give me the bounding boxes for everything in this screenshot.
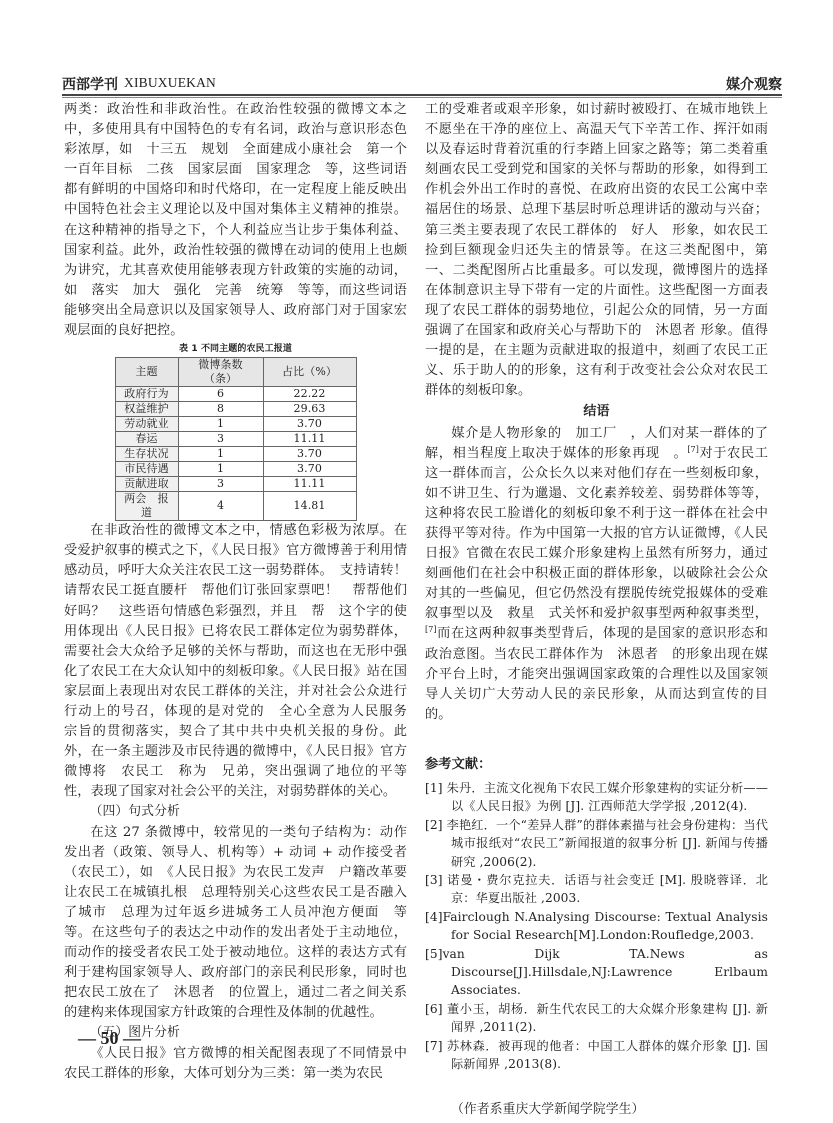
reference-item: [4]Fairclough N.Analysing Discourse: Tex… <box>425 908 768 945</box>
table-cell: 3.70 <box>263 417 356 432</box>
table-row: 市民待遇13.70 <box>115 462 356 477</box>
column-header: 占比（%） <box>263 358 356 387</box>
conclusion-heading: 结语 <box>425 402 768 422</box>
column-header: 主题 <box>115 358 178 387</box>
table-row: 政府行为622.22 <box>115 387 356 402</box>
reference-item: [3] 诺曼・费尔克拉夫．话语与社会变迁 [M]. 殷晓蓉译．北京：华夏出版社 … <box>425 871 768 908</box>
journal-title: 西部学刊 <box>62 74 118 94</box>
reference-item: [7] 苏林森．被再现的他者：中国工人群体的媒介形象 [J]. 国际新闻界 ,2… <box>425 1037 768 1074</box>
table-cell: 4 <box>178 492 263 521</box>
reference-item: [1] 朱丹．主流文化视角下农民工媒介形象建构的实证分析——以《人民日报》为例 … <box>425 779 768 816</box>
table-row: 权益维护829.63 <box>115 402 356 417</box>
table-cell: 8 <box>178 402 263 417</box>
table-cell: 生存状况 <box>115 447 178 462</box>
table-cell: 春运 <box>115 432 178 447</box>
citation-marker: [7] <box>425 625 437 634</box>
table-cell: 两会 报道 <box>115 492 178 521</box>
table-cell: 11.11 <box>263 477 356 492</box>
author-note: （作者系重庆大学新闻学院学生） <box>425 1100 768 1120</box>
section-subheading: （四）句式分析 <box>64 802 407 822</box>
section-title: 媒介观察 <box>726 74 782 94</box>
paragraph: 工的受难者或艰辛形象，如讨薪时被殴打、在城市地铁上不愿坐在干净的座位上、高温天气… <box>425 100 768 401</box>
table-row: 劳动就业13.70 <box>115 417 356 432</box>
journal-title-en: XIBUXUEKAN <box>124 75 216 91</box>
reference-item: [6] 董小玉，胡杨．新生代农民工的大众媒介形象建构 [J]. 新闻界 ,201… <box>425 1000 768 1037</box>
table-cell: 14.81 <box>263 492 356 521</box>
reference-item: [5]van Dijk TA.News as Discourse[J].Hill… <box>425 945 768 1000</box>
paragraph: 在非政治性的微博文本之中，情感色彩极为浓厚。在受爱护叙事的模式之下，《人民日报》… <box>64 521 407 802</box>
table-row: 两会 报道414.81 <box>115 492 356 521</box>
table-cell: 劳动就业 <box>115 417 178 432</box>
text-run: 对于农民工这一群体而言，公众长久以来对他们存在一些刻板印象，如不讲卫生、行为邋遢… <box>425 446 768 622</box>
reference-item: [2] 李艳红．一个“差异人群”的群体素描与社会身份建构：当代城市报纸对“农民工… <box>425 816 768 871</box>
table-cell: 1 <box>178 417 263 432</box>
table-row: 春运311.11 <box>115 432 356 447</box>
column-header: 微博条数（条） <box>178 358 263 387</box>
paragraph: 两类：政治性和非政治性。在政治性较强的微博文本之中，多使用具有中国特色的专有名词… <box>64 100 407 341</box>
table-cell: 政府行为 <box>115 387 178 402</box>
table-cell: 11.11 <box>263 432 356 447</box>
paragraph: 在这 27 条微博中，较常见的一类句子结构为：动作发出者（政策、领导人、机构等）… <box>64 823 407 1024</box>
paragraph: 媒介是人物形象的 加工厂 ，人们对某一群体的了解，相当程度上取决于媒体的形象再现… <box>425 424 768 725</box>
table-cell: 3 <box>178 432 263 447</box>
table-cell: 6 <box>178 387 263 402</box>
left-column: 两类：政治性和非政治性。在政治性较强的微博文本之中，多使用具有中国特色的专有名词… <box>64 100 407 1084</box>
page-number: — 50 — <box>78 1028 141 1049</box>
right-column: 工的受难者或艰辛形象，如讨薪时被殴打、在城市地铁上不愿坐在干净的座位上、高温天气… <box>425 100 768 1120</box>
topic-table: 主题 微博条数（条） 占比（%） 政府行为622.22 权益维护829.63 劳… <box>115 357 357 521</box>
table-cell: 市民待遇 <box>115 462 178 477</box>
references-heading: 参考文献： <box>425 755 768 775</box>
table-cell: 贡献进取 <box>115 477 178 492</box>
table-cell: 3.70 <box>263 447 356 462</box>
table-cell: 权益维护 <box>115 402 178 417</box>
citation-marker: [7] <box>687 445 699 454</box>
table-cell: 1 <box>178 462 263 477</box>
paragraph: 《人民日报》官方微博的相关配图表现了不同情景中农民工群体的形象，大体可划分为三类… <box>64 1044 407 1084</box>
table-cell: 1 <box>178 447 263 462</box>
table-row: 生存状况13.70 <box>115 447 356 462</box>
table-cell: 29.63 <box>263 402 356 417</box>
table-row: 贡献进取311.11 <box>115 477 356 492</box>
table-cell: 3 <box>178 477 263 492</box>
header-rule <box>62 94 782 96</box>
table-cell: 3.70 <box>263 462 356 477</box>
table-header-row: 主题 微博条数（条） 占比（%） <box>115 358 356 387</box>
table-caption: 表 1 不同主题的农民工报道 <box>64 343 407 356</box>
text-run: 而在这两种叙事类型背后，体现的是国家的意识形态和政治意图。当农民工群体作为 沐恩… <box>425 626 768 721</box>
table-cell: 22.22 <box>263 387 356 402</box>
running-header: 西部学刊 XIBUXUEKAN 媒介观察 <box>62 74 782 96</box>
header-rule-thin <box>62 97 782 98</box>
